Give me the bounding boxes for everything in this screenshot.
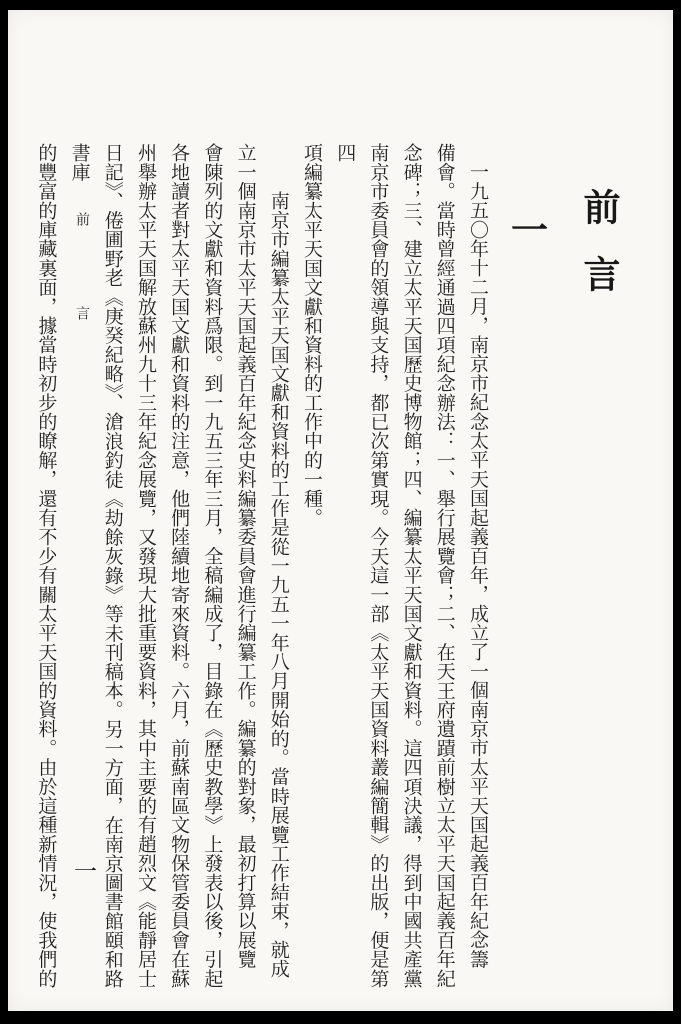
scanned-book-page: { "document": { "title": "前言", "section_… (0, 0, 681, 1024)
page-number: 一 (74, 853, 97, 886)
text-column: 備會。當時曾經通過四項紀念辦法：一、舉行展覽會；二、在天王府遺蹟前樹立太平天国起… (428, 143, 461, 995)
body-text: 一九五〇年十二月，南京市紀念太平天国起義百年，成立了一個南京市太平天国起義百年紀… (96, 143, 494, 995)
text-column: 州舉辦太平天国解放蘇州九十三年紀念展覽，又發現大批重要資料，其中主要的有趙烈文《… (129, 143, 162, 995)
text-column: 念碑；三、建立太平天国歷史博物館；四、編纂太平天国文獻和資料。這四項決議，得到中… (394, 143, 427, 995)
text-column: 南京市編纂太平天国文獻和資料的工作是從一九五一年八月開始的。當時展覽工作結束，就… (262, 143, 295, 995)
page-title: 前言 (570, 188, 624, 322)
text-column: 會陳列的文獻和資料爲限。到一九五三年三月，全稿編成了，目錄在《歷史教學》上發表以… (195, 143, 228, 995)
text-column: 立一個南京市太平天国起義百年紀念史料編纂委員會進行編纂工作。編纂的對象，最初打算… (228, 143, 261, 995)
page-surface: 前言 一 一九五〇年十二月，南京市紀念太平天国起義百年，成立了一個南京市太平天国… (8, 10, 673, 1011)
text-column: 的豐富的庫藏裏面，據當時初步的瞭解，還有不少有關太平天国的資料。由於這種新情況，… (29, 143, 62, 995)
text-column: 南京市委員會的領導與支持，都已次第實現。今天這一部《太平天国資料叢編簡輯》的出版… (328, 143, 394, 995)
text-column: 一九五〇年十二月，南京市紀念太平天国起義百年，成立了一個南京市太平天国起義百年紀… (461, 143, 494, 995)
text-column: 項編纂太平天国文獻和資料的工作中的一種。 (295, 143, 328, 995)
running-head: 前言 (71, 212, 91, 400)
section-number: 一 (511, 200, 548, 254)
text-column: 各地讀者對太平天国文獻和資料的注意，他們陸續地寄來資料。六月，前蘇南區文物保管委… (162, 143, 195, 995)
